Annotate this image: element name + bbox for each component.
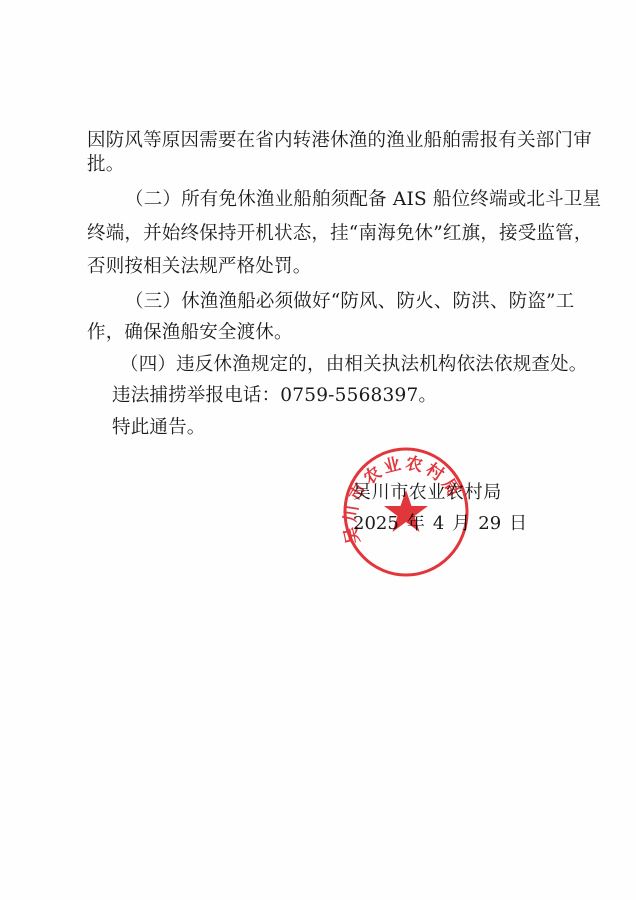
hotline-line: 违法捕捞举报电话：0759-5568397。 <box>112 384 437 408</box>
item-4-line-1: （四）违反休渔规定的，由相关执法机构依法依规查处。 <box>120 353 588 377</box>
item-2-line-1: （二）所有免休渔业船舶须配备 AIS 船位终端或北斗卫星 <box>125 188 545 212</box>
date-day-unit: 日 <box>509 513 527 534</box>
closing-line: 特此通告。 <box>112 416 206 440</box>
document-page: 因防风等原因需要在省内转港休渔的渔业船舶需报有关部门审 批。 （二）所有免休渔业… <box>0 0 636 900</box>
paragraph-continuation-line-2: 批。 <box>87 153 124 177</box>
official-seal: 吴川市农业农村局 <box>340 444 474 580</box>
item-2-line-3: 否则按相关法规严格处罚。 <box>87 255 311 279</box>
item-3-line-2: 作，确保渔船安全渡休。 <box>87 321 293 345</box>
date-day: 29 <box>478 513 501 534</box>
paragraph-continuation-line-1: 因防风等原因需要在省内转港休渔的渔业船舶需报有关部门审 <box>87 129 545 153</box>
item-3-line-1: （三）休渔渔船必须做好“防风、防火、防洪、防盗”工 <box>125 290 545 314</box>
item-2-line-2: 终端，并始终保持开机状态，挂“南海免休”红旗，接受监管， <box>87 222 545 246</box>
star-icon <box>384 490 428 532</box>
